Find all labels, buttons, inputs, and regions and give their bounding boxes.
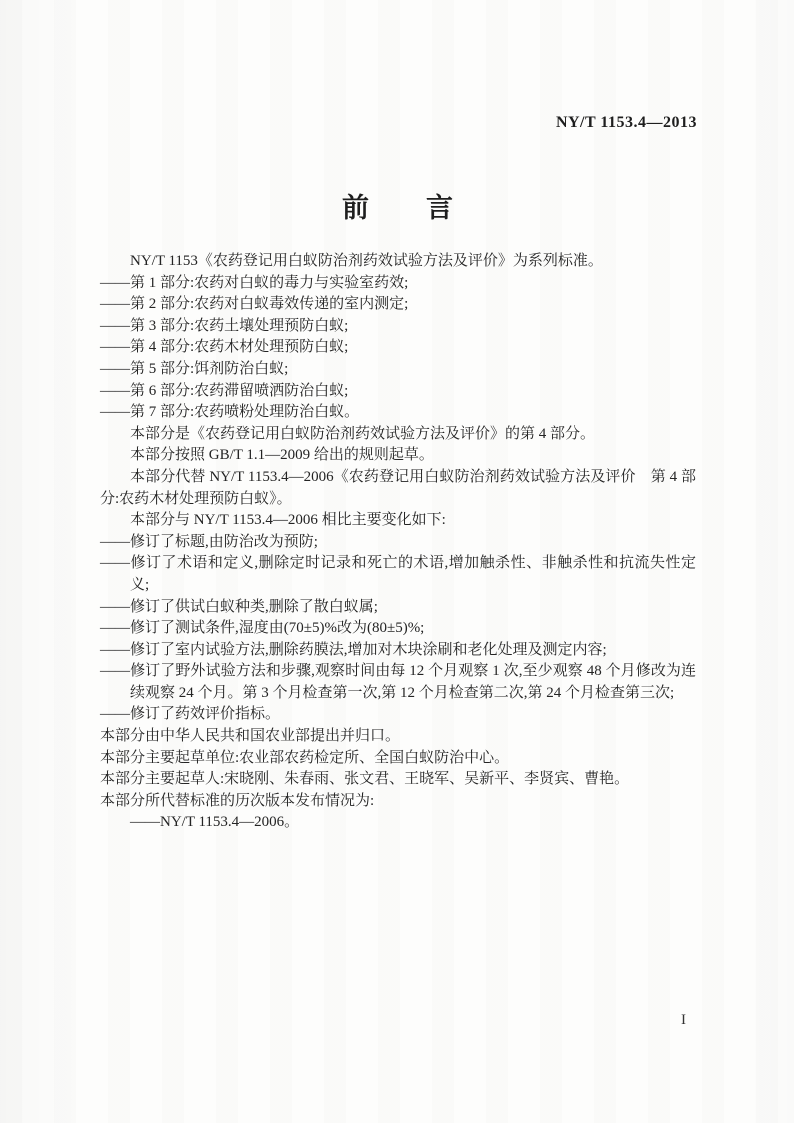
foreword-paragraph: 本部分与 NY/T 1153.4—2006 相比主要变化如下:: [100, 510, 696, 532]
foreword-paragraph: 本部分按照 GB/T 1.1—2009 给出的规则起草。: [100, 445, 696, 467]
foreword-paragraph: 本部分代替 NY/T 1153.4—2006《农药登记用白蚁防治剂药效试验方法及…: [100, 467, 696, 510]
foreword-paragraph: ——第 2 部分:农药对白蚁毒效传递的室内测定;: [100, 294, 696, 316]
document-page: NY/T 1153.4—2013 前 言 NY/T 1153《农药登记用白蚁防治…: [0, 0, 794, 1123]
foreword-paragraph: ——第 5 部分:饵剂防治白蚁;: [100, 359, 696, 381]
foreword-body: NY/T 1153《农药登记用白蚁防治剂药效试验方法及评价》为系列标准。——第 …: [100, 251, 696, 834]
foreword-paragraph: ——NY/T 1153.4—2006。: [100, 812, 696, 834]
foreword-paragraph: ——修订了测试条件,湿度由(70±5)%改为(80±5)%;: [100, 618, 696, 640]
foreword-paragraph: ——修订了野外试验方法和步骤,观察时间由每 12 个月观察 1 次,至少观察 4…: [100, 661, 696, 704]
foreword-paragraph: ——第 1 部分:农药对白蚁的毒力与实验室药效;: [100, 273, 696, 295]
foreword-paragraph: 本部分由中华人民共和国农业部提出并归口。: [100, 726, 696, 748]
standard-code: NY/T 1153.4—2013: [556, 114, 697, 132]
foreword-paragraph: NY/T 1153《农药登记用白蚁防治剂药效试验方法及评价》为系列标准。: [100, 251, 696, 273]
foreword-paragraph: ——第 4 部分:农药木材处理预防白蚁;: [100, 337, 696, 359]
foreword-paragraph: ——修订了术语和定义,删除定时记录和死亡的术语,增加触杀性、非触杀性和抗流失性定…: [100, 553, 696, 596]
foreword-paragraph: ——第 6 部分:农药滞留喷洒防治白蚁;: [100, 381, 696, 403]
foreword-paragraph: 本部分主要起草人:宋晓刚、朱春雨、张文君、王晓军、吴新平、李贤宾、曹艳。: [100, 769, 696, 791]
foreword-paragraph: ——修订了药效评价指标。: [100, 704, 696, 726]
foreword-paragraph: ——修订了标题,由防治改为预防;: [100, 532, 696, 554]
foreword-paragraph: ——修订了室内试验方法,删除药膜法,增加对木块涂刷和老化处理及测定内容;: [100, 640, 696, 662]
page-title: 前 言: [100, 186, 696, 225]
foreword-paragraph: 本部分是《农药登记用白蚁防治剂药效试验方法及评价》的第 4 部分。: [100, 424, 696, 446]
page-number: I: [681, 1012, 686, 1029]
foreword-paragraph: 本部分所代替标准的历次版本发布情况为:: [100, 791, 696, 813]
foreword-paragraph: ——第 7 部分:农药喷粉处理防治白蚁。: [100, 402, 696, 424]
foreword-paragraph: 本部分主要起草单位:农业部农药检定所、全国白蚁防治中心。: [100, 748, 696, 770]
foreword-paragraph: ——修订了供试白蚁种类,删除了散白蚁属;: [100, 597, 696, 619]
foreword-paragraph: ——第 3 部分:农药土壤处理预防白蚁;: [100, 316, 696, 338]
